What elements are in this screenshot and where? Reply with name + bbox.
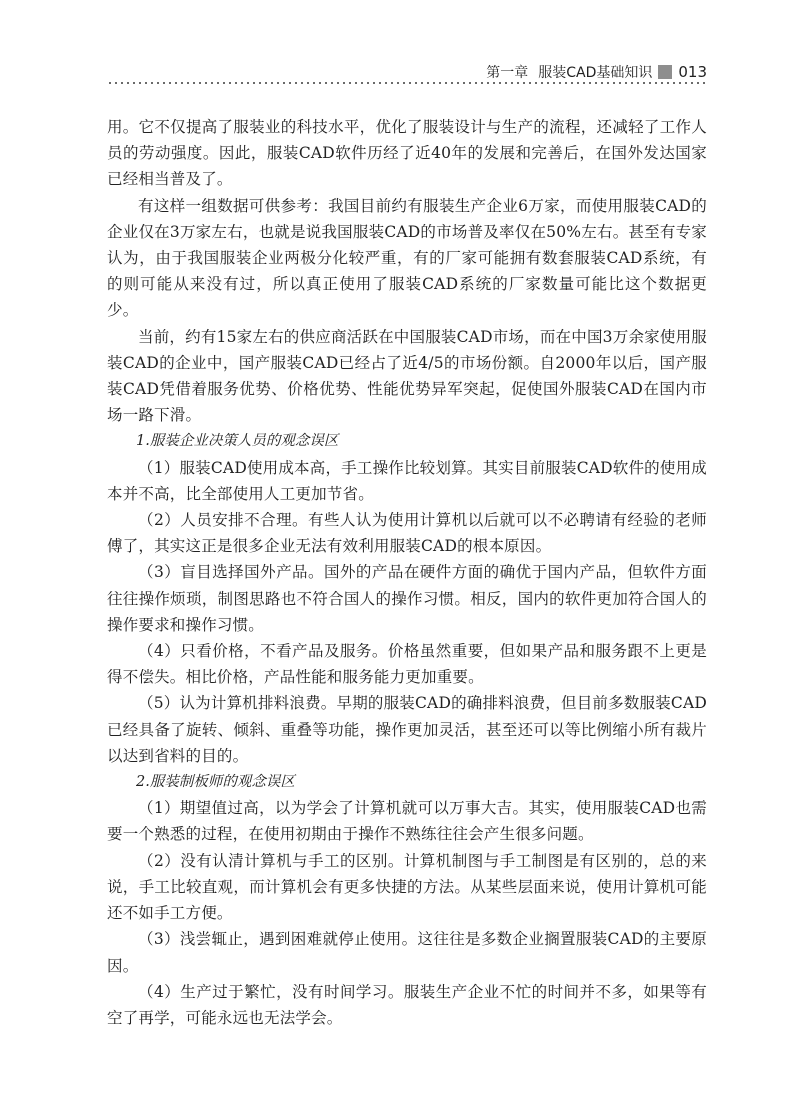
list-item: （5）认为计算机排料浪费。早期的服装CAD的确排料浪费，但目前多数服装CAD已经… xyxy=(107,690,707,769)
list-item: （2）人员安排不合理。有些人认为使用计算机以后就可以不必聘请有经验的老师傅了，其… xyxy=(107,507,707,559)
list-item: （4）生产过于繁忙，没有时间学习。服装生产企业不忙的时间并不多，如果等有空了再学… xyxy=(107,979,707,1031)
paragraph: 用。它不仅提高了服装业的科技水平，优化了服装设计与生产的流程，还减轻了工作人员的… xyxy=(107,114,707,193)
page-number: 013 xyxy=(678,63,707,81)
list-item: （4）只看价格，不看产品及服务。价格虽然重要，但如果产品和服务跟不上更是得不偿失… xyxy=(107,638,707,690)
list-item: （3）浅尝辄止，遇到困难就停止使用。这往往是多数企业搁置服装CAD的主要原因。 xyxy=(107,926,707,978)
list-item: （1）期望值过高，以为学会了计算机就可以万事大吉。其实，使用服装CAD也需要一个… xyxy=(107,795,707,847)
dotted-divider xyxy=(107,82,707,84)
page-body: 用。它不仅提高了服装业的科技水平，优化了服装设计与生产的流程，还减轻了工作人员的… xyxy=(107,114,707,1031)
paragraph: 有这样一组数据可供参考：我国目前约有服装生产企业6万家，而使用服装CAD的企业仅… xyxy=(107,193,707,324)
section-heading: 1.服装企业决策人员的观念误区 xyxy=(107,428,707,454)
section-heading: 2.服装制板师的观念误区 xyxy=(107,769,707,795)
list-item: （3）盲目选择国外产品。国外的产品在硬件方面的确优于国内产品，但软件方面往往操作… xyxy=(107,559,707,638)
header-right: 第一章 服装CAD基础知识 013 xyxy=(486,62,707,82)
running-header: 第一章 服装CAD基础知识 013 xyxy=(107,62,707,84)
list-item: （1）服装CAD使用成本高，手工操作比较划算。其实目前服装CAD软件的使用成本并… xyxy=(107,455,707,507)
chapter-label: 第一章 xyxy=(486,62,528,82)
paragraph: 当前，约有15家左右的供应商活跃在中国服装CAD市场，而在中国3万余家使用服装C… xyxy=(107,324,707,429)
list-item: （2）没有认清计算机与手工的区别。计算机制图与手工制图是有区别的，总的来说，手工… xyxy=(107,848,707,927)
chapter-title: 服装CAD基础知识 xyxy=(538,62,652,82)
gray-square-icon xyxy=(658,65,672,79)
